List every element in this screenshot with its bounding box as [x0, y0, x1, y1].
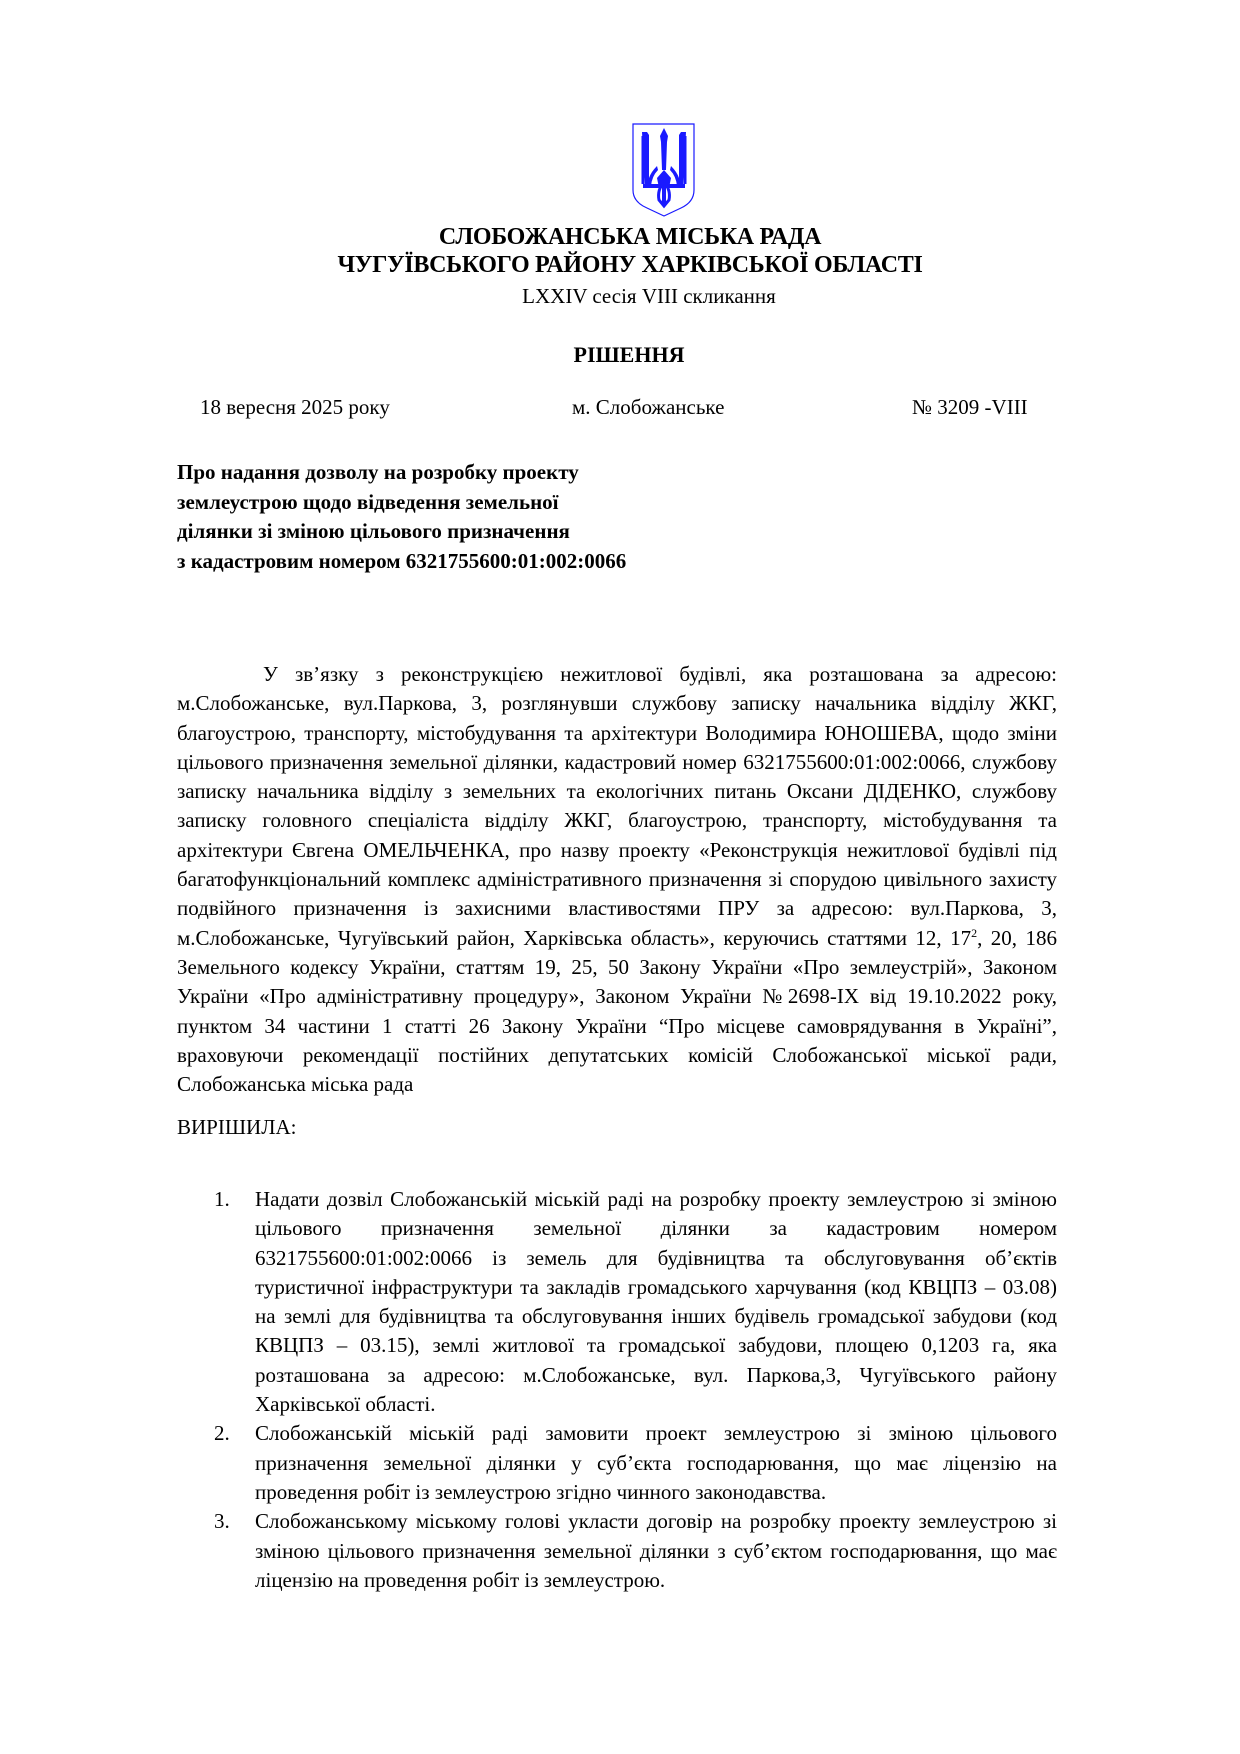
district-line: ЧУГУЇВСЬКОГО РАЙОНУ ХАРКІВСЬКОЇ ОБЛАСТІ [0, 252, 1240, 279]
resolution-items: 1. Надати дозвіл Слобожанській міській р… [177, 1185, 1057, 1595]
decision-subject: Про надання дозволу на розробку проекту … [177, 458, 777, 576]
item-number: 2. [177, 1419, 255, 1448]
resolution-item: 3. Слобожанському міському голові укласт… [177, 1507, 1057, 1595]
coat-of-arms-icon [631, 122, 697, 218]
decision-number: № 3209 -VIII [912, 395, 1028, 420]
council-name: СЛОБОЖАНСЬКА МІСЬКА РАДА [0, 224, 1240, 251]
item-text: Надати дозвіл Слобожанській міській раді… [255, 1185, 1057, 1419]
subject-line: з кадастровим номером 6321755600:01:002:… [177, 547, 777, 577]
decision-place: м. Слобожанське [572, 395, 724, 420]
preamble-text-part2: , 20, 186 Земельного кодексу України, ст… [177, 926, 1057, 1096]
subject-line: Про надання дозволу на розробку проекту [177, 458, 777, 488]
resolution-item: 1. Надати дозвіл Слобожанській міській р… [177, 1185, 1057, 1419]
preamble-paragraph: У зв’язку з реконструкцією нежитлової бу… [177, 660, 1057, 1099]
document-page: СЛОБОЖАНСЬКА МІСЬКА РАДА ЧУГУЇВСЬКОГО РА… [0, 0, 1240, 1754]
resolution-item: 2. Слобожанській міській раді замовити п… [177, 1419, 1057, 1507]
item-number: 1. [177, 1185, 255, 1214]
item-text: Слобожанській міській раді замовити прое… [255, 1419, 1057, 1507]
session-line: LXXIV сесія VIII скликання [0, 284, 1240, 309]
preamble-text-part1: У зв’язку з реконструкцією нежитлової бу… [177, 662, 1057, 950]
subject-line: ділянки зі зміною цільового призначення [177, 517, 777, 547]
decision-date: 18 вересня 2025 року [200, 395, 390, 420]
item-text: Слобожанському міському голові укласти д… [255, 1507, 1057, 1595]
item-number: 3. [177, 1507, 255, 1536]
resolved-label: ВИРІШИЛА: [177, 1115, 296, 1140]
subject-line: землеустрою щодо відведення земельної [177, 488, 777, 518]
document-type-title: РІШЕННЯ [0, 342, 1240, 368]
